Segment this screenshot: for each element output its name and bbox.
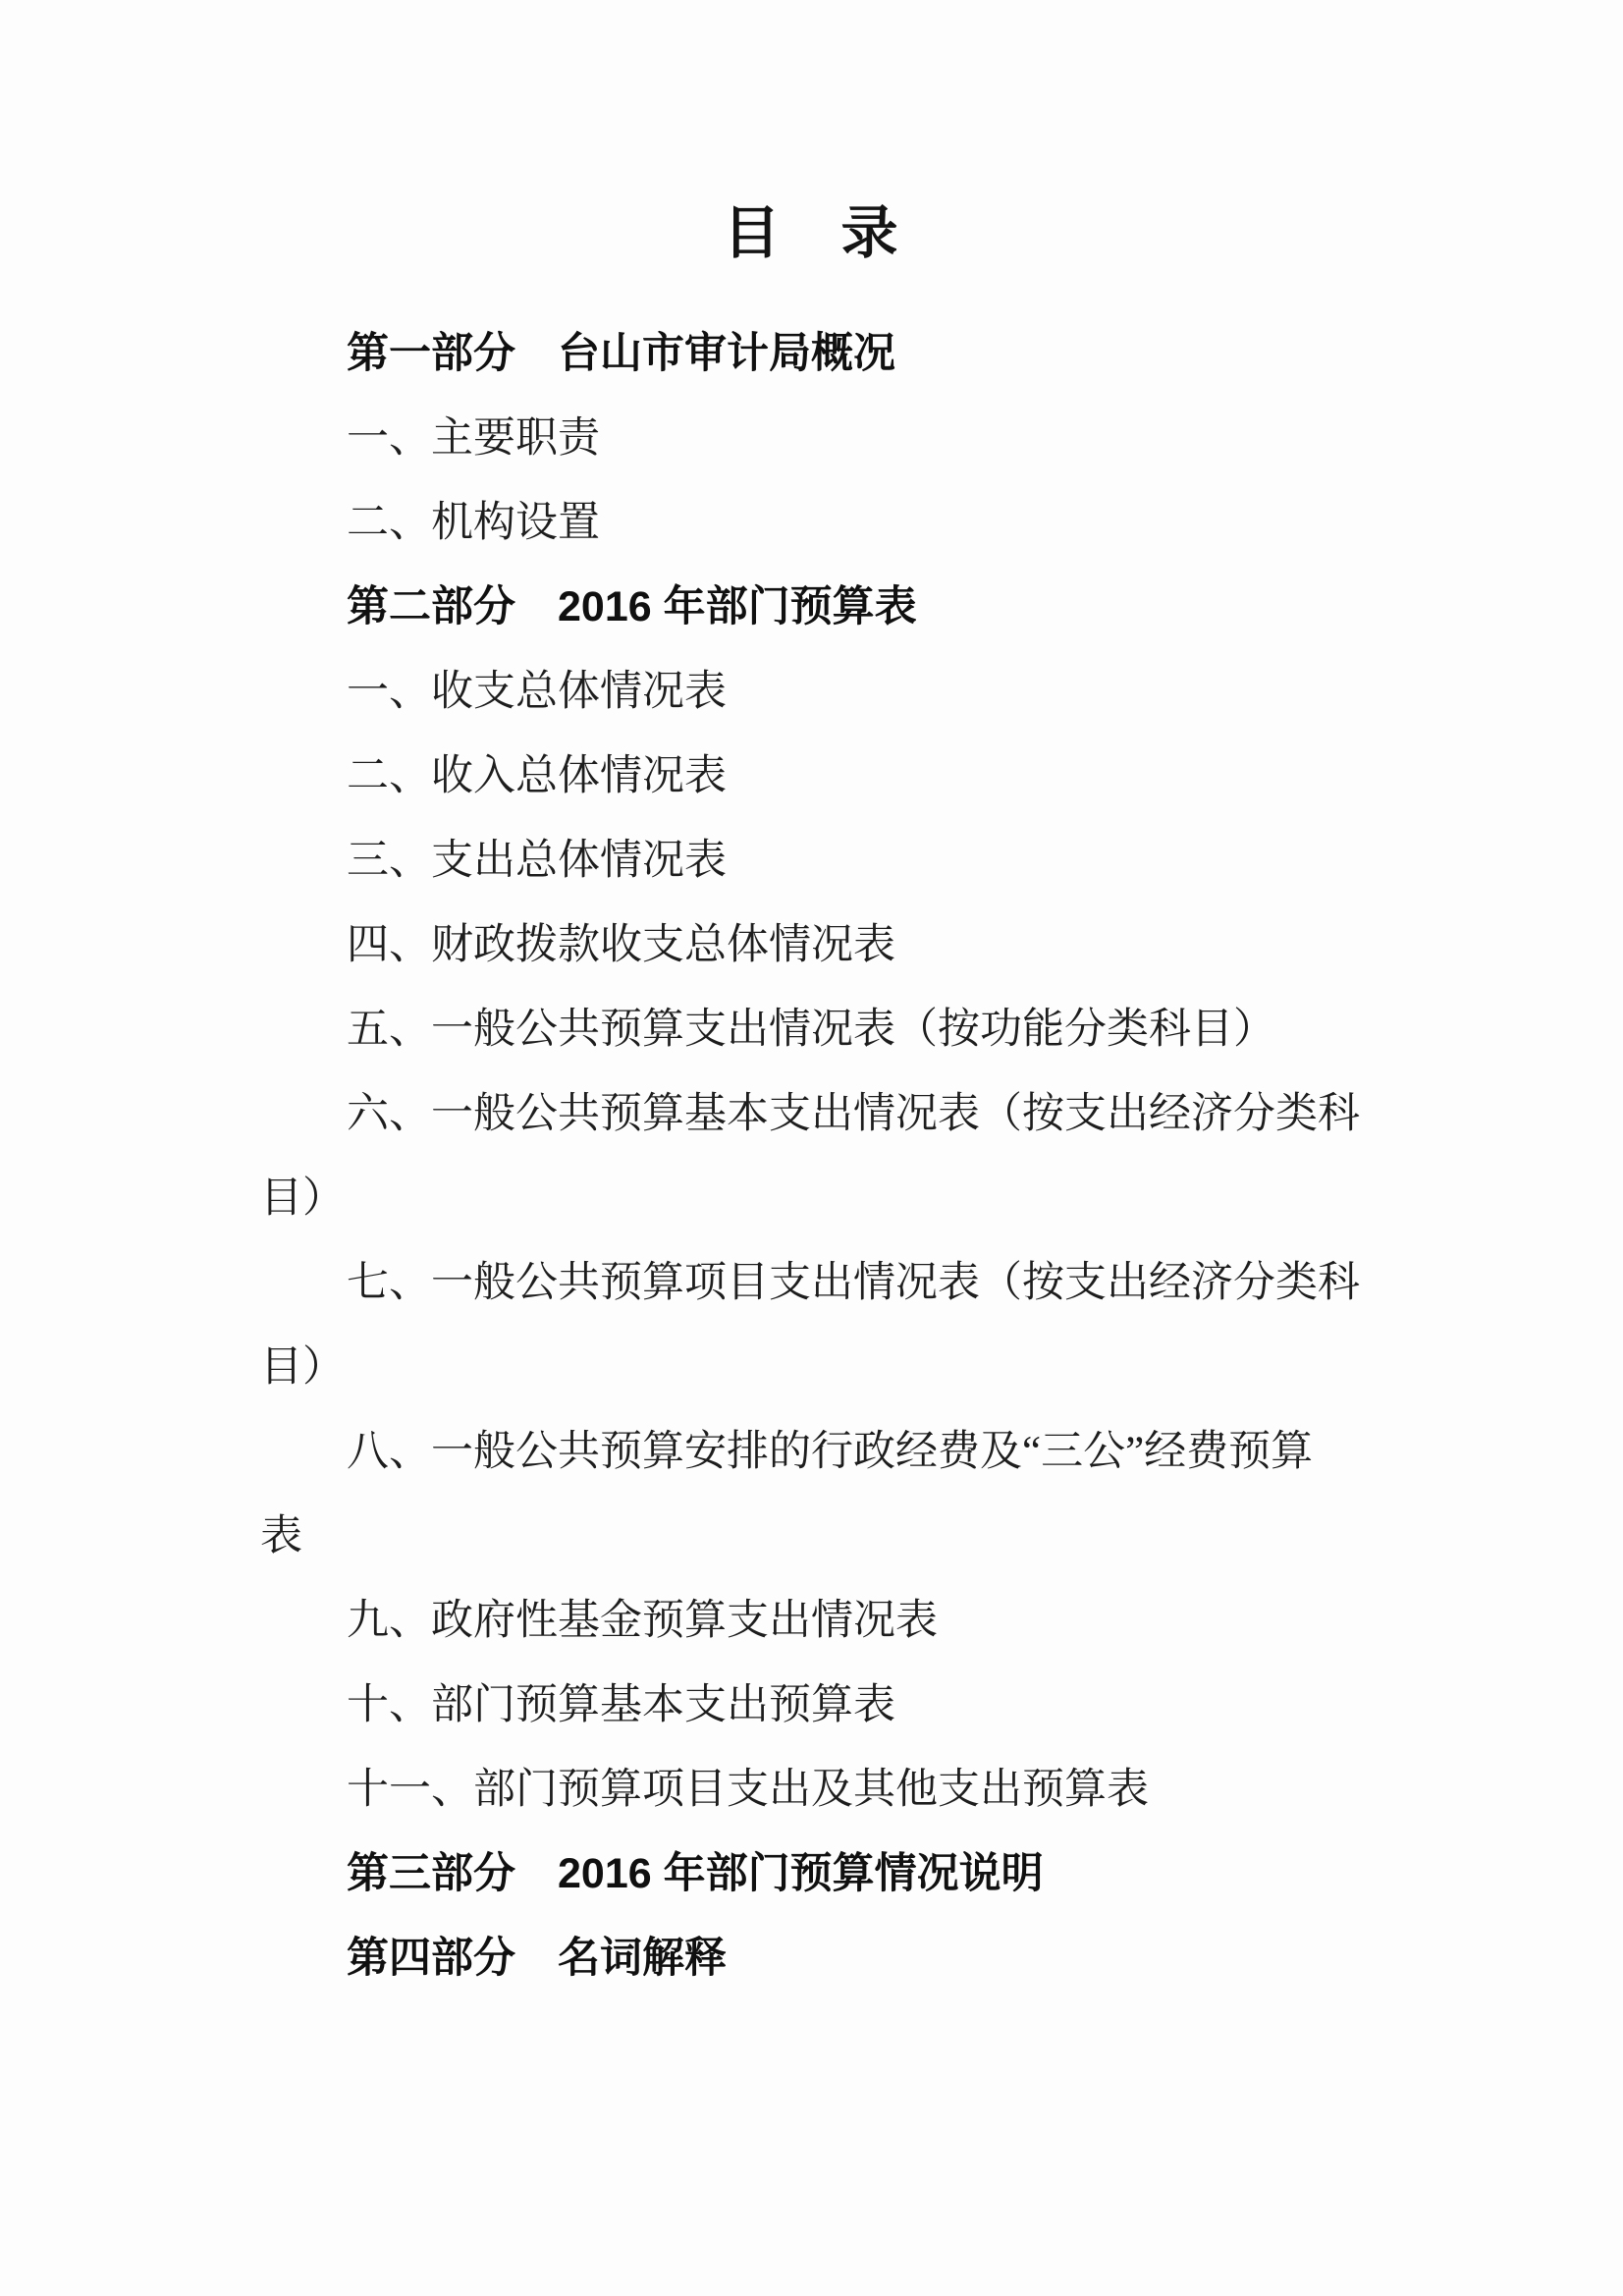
toc-item: 十一、部门预算项目支出及其他支出预算表: [260, 1747, 1382, 1831]
toc-section-2: 第二部分 2016 年部门预算表: [260, 565, 1382, 649]
toc-item: 二、机构设置: [260, 480, 1382, 565]
toc-item: 一、主要职责: [260, 396, 1382, 480]
table-of-contents: 第一部分 台山市审计局概况 一、主要职责 二、机构设置 第二部分 2016 年部…: [260, 311, 1382, 2000]
toc-item-wrap: 表: [260, 1494, 1382, 1578]
toc-item: 四、财政拨款收支总体情况表: [260, 902, 1382, 987]
toc-section-1: 第一部分 台山市审计局概况: [260, 311, 1382, 396]
toc-item: 十、部门预算基本支出预算表: [260, 1663, 1382, 1747]
toc-item: 三、支出总体情况表: [260, 818, 1382, 902]
toc-item-wrap: 目）: [260, 1156, 1382, 1240]
toc-item: 八、一般公共预算安排的行政经费及“三公”经费预算: [260, 1409, 1382, 1494]
toc-item: 一、收支总体情况表: [260, 649, 1382, 734]
toc-item: 九、政府性基金预算支出情况表: [260, 1578, 1382, 1663]
toc-section-4: 第四部分 名词解释: [260, 1916, 1382, 2000]
toc-item: 六、一般公共预算基本支出情况表（按支出经济分类科: [260, 1071, 1382, 1156]
toc-item: 五、一般公共预算支出情况表（按功能分类科目）: [260, 987, 1382, 1071]
toc-section-3: 第三部分 2016 年部门预算情况说明: [260, 1831, 1382, 1916]
toc-item-wrap: 目）: [260, 1325, 1382, 1409]
toc-item: 二、收入总体情况表: [260, 734, 1382, 818]
toc-item: 七、一般公共预算项目支出情况表（按支出经济分类科: [260, 1240, 1382, 1325]
page-title: 目 录: [0, 201, 1623, 267]
document-page: 目 录 第一部分 台山市审计局概况 一、主要职责 二、机构设置 第二部分 201…: [0, 0, 1623, 2296]
